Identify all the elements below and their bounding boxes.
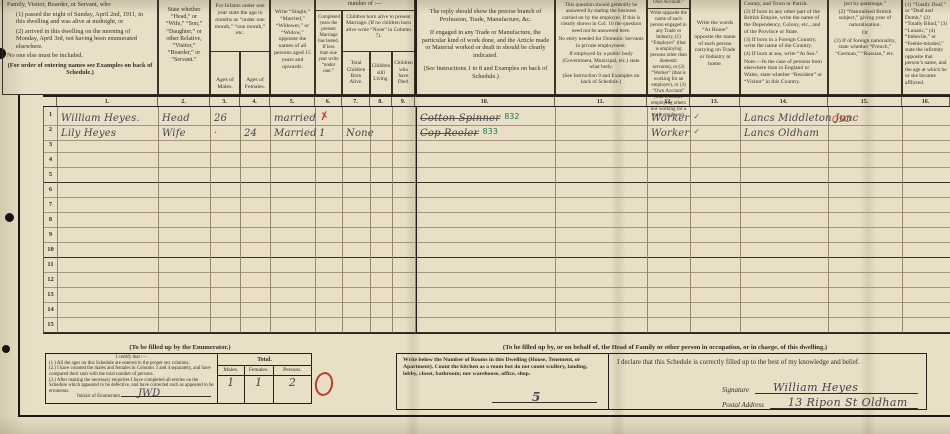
row-number: 5 xyxy=(44,167,58,183)
declaration-panel: I declare that this Schedule is correctl… xyxy=(609,354,926,409)
cell-nationality xyxy=(829,272,903,288)
cell-birthplace xyxy=(741,167,829,183)
cell-children-died xyxy=(393,287,416,303)
cell-age-females xyxy=(241,302,271,318)
row-number: 13 xyxy=(44,287,58,303)
cell-occupation xyxy=(416,182,556,198)
cell-infirmity xyxy=(903,302,950,318)
cell-children-born xyxy=(343,317,371,333)
header-children-note: Children born alive to present Marriage.… xyxy=(342,11,415,52)
rooms-panel: Write below the Number of Rooms in this … xyxy=(397,354,609,409)
cell-children-living xyxy=(371,257,393,273)
header-number-of-strip: number of :— xyxy=(315,0,415,11)
cell-age-females xyxy=(241,317,271,333)
postal-address-label: Postal Address xyxy=(722,401,764,409)
cell-employment xyxy=(648,272,691,288)
cell-children-born xyxy=(343,152,371,168)
table-row: 10 xyxy=(44,242,950,257)
cell-industry xyxy=(556,257,648,273)
males-label: Males. xyxy=(218,366,245,376)
form-bottom-border xyxy=(18,415,950,417)
cell-relationship xyxy=(159,197,211,213)
cell-infirmity xyxy=(903,212,950,228)
cell-employment xyxy=(648,182,691,198)
cell-marital xyxy=(271,302,316,318)
table-row: 13 xyxy=(44,287,950,302)
header-col7-children-born: Total Children Born Alive. xyxy=(342,52,370,95)
cell-industry xyxy=(556,287,648,303)
postal-address-row: Postal Address 13 Ripon St Oldham xyxy=(617,396,918,409)
cell-age-males xyxy=(211,272,241,288)
cell-children-living xyxy=(371,287,393,303)
cell-children-died xyxy=(393,272,416,288)
cell-infirmity xyxy=(903,242,950,258)
cell-birthplace xyxy=(741,302,829,318)
column-number-band: 1.2.3.4.5.6.7.8.9.10.11.12.13.14.15.16. xyxy=(43,95,950,107)
form-left-border xyxy=(18,95,20,417)
cell-occupation xyxy=(416,287,556,303)
cell-name xyxy=(58,182,159,198)
cell-birthplace xyxy=(741,197,829,213)
cell-industry xyxy=(556,152,648,168)
cell-occupation xyxy=(416,317,556,333)
cell-children-died xyxy=(393,242,416,258)
cell-at-home xyxy=(691,212,741,228)
cell-relationship xyxy=(159,212,211,228)
cell-relationship xyxy=(159,137,211,153)
cell-infirmity xyxy=(903,167,950,183)
cell-name xyxy=(58,242,159,258)
header-col5-marital: Write “Single,” “Married,” “Widower,” or… xyxy=(270,0,315,95)
header-col2-relationship: State whether “Head,” or “Wife,” “Son,” … xyxy=(158,0,210,95)
cell-years-married xyxy=(316,182,343,198)
cell-age-males xyxy=(211,167,241,183)
cell-industry xyxy=(556,137,648,153)
cell-children-born xyxy=(343,137,371,153)
household-box: Write below the Number of Rooms in this … xyxy=(396,353,927,410)
header-infants-note: For Infants under one year state the age… xyxy=(210,0,270,52)
cell-children-died xyxy=(393,317,416,333)
cell-years-married xyxy=(316,152,343,168)
postal-address-line: 13 Ripon St Oldham xyxy=(770,396,918,409)
cell-name xyxy=(58,167,159,183)
row-number: 8 xyxy=(44,212,58,228)
signature-label: Signature xyxy=(722,386,749,394)
header-text: (See Instruction 9 and Examples on back … xyxy=(558,73,644,86)
cell-birthplace xyxy=(741,137,829,153)
cell-employment xyxy=(648,152,691,168)
table-row: 1William Heyes.Head26married✗Cotton Spin… xyxy=(44,107,950,122)
cell-marital xyxy=(271,242,316,258)
cell-age-males xyxy=(211,197,241,213)
cell-name xyxy=(58,212,159,228)
column-number: 14. xyxy=(740,97,828,106)
cell-children-living xyxy=(371,182,393,198)
cell-occupation xyxy=(416,257,556,273)
cell-children-died xyxy=(393,302,416,318)
header-col12-employment-status: Write opposite the name of each person e… xyxy=(647,9,690,95)
cell-at-home xyxy=(691,137,741,153)
cell-children-died xyxy=(393,182,416,198)
certify-item: (2.) I have counted the males and female… xyxy=(49,366,214,377)
cell-children-living xyxy=(371,197,393,213)
cell-children-living xyxy=(371,317,393,333)
cell-children-born xyxy=(343,167,371,183)
cell-age-males xyxy=(211,317,241,333)
cell-at-home xyxy=(691,197,741,213)
red-ink-zero-mark xyxy=(313,371,335,398)
table-row: 8 xyxy=(44,212,950,227)
cell-years-married xyxy=(316,242,343,258)
initials-label: Initials of Enumerator xyxy=(77,394,120,399)
cell-industry xyxy=(556,227,648,243)
cell-age-males xyxy=(211,212,241,228)
cell-nationality xyxy=(829,182,903,198)
cell-infirmity xyxy=(903,182,950,198)
initials-line: Initials of Enumerator xyxy=(49,394,214,400)
cell-occupation xyxy=(416,227,556,243)
cell-age-females xyxy=(241,212,271,228)
row-number: 9 xyxy=(44,227,58,243)
cell-relationship xyxy=(159,227,211,243)
cell-nationality xyxy=(829,152,903,168)
cell-industry xyxy=(556,212,648,228)
cell-relationship xyxy=(159,242,211,258)
cell-children-died xyxy=(393,137,416,153)
cell-nationality xyxy=(829,197,903,213)
header-col8-children-living: Children still Living. xyxy=(370,52,392,95)
cell-relationship xyxy=(159,287,211,303)
cell-years-married xyxy=(316,197,343,213)
row-number: 3 xyxy=(44,137,58,153)
cell-children-living xyxy=(371,212,393,228)
header-col11-industry: This question should generally be answer… xyxy=(555,0,647,95)
signature-line: William Heyes xyxy=(755,381,918,394)
persons-label: Persons. xyxy=(274,366,311,376)
cell-at-home xyxy=(691,242,741,258)
cell-name xyxy=(58,152,159,168)
cell-marital xyxy=(271,152,316,168)
cell-employment xyxy=(648,242,691,258)
column-number: 10. xyxy=(415,97,555,106)
cell-name xyxy=(58,257,159,273)
cell-years-married xyxy=(316,257,343,273)
cell-birthplace xyxy=(741,152,829,168)
cell-age-males xyxy=(211,257,241,273)
column-number: 3. xyxy=(210,97,240,106)
header-col10-occupation: The reply should show the precise branch… xyxy=(415,0,555,95)
cell-industry xyxy=(556,242,648,258)
column-number: 2. xyxy=(158,97,210,106)
cell-infirmity xyxy=(903,317,950,333)
cell-employment xyxy=(648,212,691,228)
cell-occupation xyxy=(416,137,556,153)
enumerator-initials-handwriting: JWD xyxy=(138,388,160,400)
cell-years-married xyxy=(316,287,343,303)
table-row: 4 xyxy=(44,152,950,167)
column-number: 6. xyxy=(315,97,342,106)
cell-children-born xyxy=(343,257,371,273)
column-number: 9. xyxy=(392,97,415,106)
cell-nationality xyxy=(829,212,903,228)
cell-occupation xyxy=(416,197,556,213)
cell-age-females xyxy=(241,257,271,273)
postal-address-handwriting: 13 Ripon St Oldham xyxy=(788,396,908,409)
header-text: (1) passed the night of Sunday, April 2n… xyxy=(7,11,153,26)
header-text: This question should generally be answer… xyxy=(558,2,644,34)
header-text: (2) arrived in this dwelling on the morn… xyxy=(7,28,153,51)
cell-infirmity xyxy=(903,137,950,153)
cell-children-living xyxy=(371,167,393,183)
cell-years-married xyxy=(316,272,343,288)
cell-occupation xyxy=(416,212,556,228)
cell-nationality xyxy=(829,242,903,258)
header-text: No entry needed for Domestic Servants in… xyxy=(558,36,644,49)
row-number: 11 xyxy=(44,257,58,273)
cell-years-married xyxy=(316,167,343,183)
cell-years-married xyxy=(316,317,343,333)
household-section-title: (To be filled up by, or on behalf of, th… xyxy=(400,344,930,351)
cell-name xyxy=(58,197,159,213)
cell-age-females xyxy=(241,167,271,183)
header-text: (For order of entering names see Example… xyxy=(7,62,153,77)
cell-infirmity xyxy=(903,152,950,168)
row-number: 10 xyxy=(44,242,58,258)
signature-handwriting: William Heyes xyxy=(773,381,858,394)
cell-children-born xyxy=(343,227,371,243)
row-number: 15 xyxy=(44,317,58,333)
cell-marital xyxy=(271,212,316,228)
cell-children-born xyxy=(343,302,371,318)
cell-relationship xyxy=(159,272,211,288)
cell-employment xyxy=(648,287,691,303)
cell-children-born xyxy=(343,272,371,288)
header-col14-birthplace: County, and Town or Parish. (2) If born … xyxy=(740,0,828,95)
cell-industry xyxy=(556,272,648,288)
initials-rule xyxy=(121,396,211,397)
cell-marital xyxy=(271,182,316,198)
cell-name xyxy=(58,317,159,333)
cell-infirmity xyxy=(903,227,950,243)
cell-name xyxy=(58,287,159,303)
header-text: (3) If born in a Foreign Country, write … xyxy=(744,37,824,50)
females-label: Females. xyxy=(245,366,274,376)
males-total: 1 xyxy=(218,376,245,403)
cell-marital xyxy=(271,287,316,303)
cell-nationality xyxy=(829,287,903,303)
column-number xyxy=(43,97,57,106)
header-text: Or xyxy=(832,30,898,37)
cell-at-home xyxy=(691,227,741,243)
cell-age-females xyxy=(241,197,271,213)
column-number: 7. xyxy=(342,97,370,106)
cell-employment xyxy=(648,257,691,273)
cell-age-females xyxy=(241,272,271,288)
cell-at-home xyxy=(691,272,741,288)
cell-birthplace xyxy=(741,182,829,198)
cell-age-males xyxy=(211,152,241,168)
rooms-rule xyxy=(492,402,597,403)
cell-age-males xyxy=(211,182,241,198)
cell-children-died xyxy=(393,212,416,228)
cell-name xyxy=(58,302,159,318)
cell-marital xyxy=(271,317,316,333)
table-row: 3 xyxy=(44,137,950,152)
schedule-rows: 1William Heyes.Head26married✗Cotton Spin… xyxy=(43,107,950,334)
cell-marital xyxy=(271,227,316,243)
cell-age-males xyxy=(211,302,241,318)
header-text: Family, Visitor, Boarder, or Servant, wh… xyxy=(7,1,153,9)
cell-at-home xyxy=(691,257,741,273)
cell-infirmity xyxy=(903,272,950,288)
row-number: 14 xyxy=(44,302,58,318)
cell-relationship xyxy=(159,317,211,333)
cell-age-males xyxy=(211,242,241,258)
header-text: (4) If born at sea, write “At Sea.” xyxy=(744,51,824,58)
cell-at-home xyxy=(691,317,741,333)
table-row: 5 xyxy=(44,167,950,182)
totals-header: Total. xyxy=(218,354,311,366)
cell-marital xyxy=(271,257,316,273)
header-text: If engaged in any Trade or Manufacture, … xyxy=(419,29,552,59)
cell-age-females xyxy=(241,182,271,198)
cell-nationality xyxy=(829,257,903,273)
punch-hole xyxy=(2,345,10,353)
cell-employment xyxy=(648,197,691,213)
cell-nationality xyxy=(829,227,903,243)
enumerator-certification: I certify that :— (1.) All the ages on t… xyxy=(46,354,218,403)
enumerator-box: I certify that :— (1.) All the ages on t… xyxy=(45,353,312,404)
cell-birthplace xyxy=(741,272,829,288)
cell-name xyxy=(58,227,159,243)
totals-table: Total. Males. Females. Persons. 1 1 2 xyxy=(218,354,311,403)
persons-total: 2 xyxy=(274,376,311,403)
cell-years-married xyxy=(316,137,343,153)
cell-age-females xyxy=(241,287,271,303)
header-text: (2) “Naturalised British subject,” givin… xyxy=(832,9,898,29)
cell-nationality xyxy=(829,167,903,183)
certify-item: (3.) After making the necessary enquirie… xyxy=(49,378,214,395)
cell-children-living xyxy=(371,152,393,168)
column-number: 11. xyxy=(555,97,647,106)
header-text: (See Instructions 1 to 8 and Examples on… xyxy=(419,65,552,80)
cell-nationality xyxy=(829,137,903,153)
totals-labels: Males. Females. Persons. xyxy=(218,366,311,376)
cell-industry xyxy=(556,317,648,333)
header-col6-years-married: Completed years the present Marriage has… xyxy=(315,11,342,95)
column-number: 8. xyxy=(370,97,392,106)
cell-years-married xyxy=(316,212,343,228)
cell-at-home xyxy=(691,287,741,303)
cell-occupation xyxy=(416,152,556,168)
header-col3-ages-males: Ages of Males. xyxy=(210,52,240,95)
cell-birthplace xyxy=(741,242,829,258)
females-total: 1 xyxy=(245,376,274,403)
cell-children-died xyxy=(393,167,416,183)
column-number: 5. xyxy=(270,97,315,106)
cell-infirmity xyxy=(903,197,950,213)
census-schedule-1911: Family, Visitor, Boarder, or Servant, wh… xyxy=(0,0,950,434)
cell-birthplace xyxy=(741,257,829,273)
cell-children-living xyxy=(371,302,393,318)
cell-children-living xyxy=(371,242,393,258)
row-number: 6 xyxy=(44,182,58,198)
punch-hole xyxy=(5,213,14,222)
cell-children-died xyxy=(393,257,416,273)
cell-industry xyxy=(556,167,648,183)
cell-infirmity xyxy=(903,257,950,273)
rooms-count-handwriting: 5 xyxy=(532,390,540,405)
cell-relationship xyxy=(159,257,211,273)
cell-employment xyxy=(648,167,691,183)
cell-children-died xyxy=(393,197,416,213)
table-row: 7 xyxy=(44,197,950,212)
header-text: (3) If of foreign nationality, state whe… xyxy=(832,38,898,58)
rooms-note: Write below the Number of Rooms in this … xyxy=(403,357,587,377)
cell-children-born xyxy=(343,197,371,213)
cell-marital xyxy=(271,272,316,288)
cell-birthplace xyxy=(741,287,829,303)
column-number: 4. xyxy=(240,97,270,106)
cell-birthplace xyxy=(741,317,829,333)
cell-employment xyxy=(648,227,691,243)
cell-age-females xyxy=(241,137,271,153)
cell-employment xyxy=(648,302,691,318)
header-col16-infirmity: (1) “Totally Deaf,” or “Deaf and Dumb,” … xyxy=(902,0,950,95)
cell-marital xyxy=(271,197,316,213)
row-number: 7 xyxy=(44,197,58,213)
column-number: 15. xyxy=(828,97,902,106)
header-text: If employed by a public body (Government… xyxy=(558,51,644,70)
header-text: ject by parentage,” xyxy=(832,1,898,8)
column-number: 1. xyxy=(57,97,158,106)
cell-nationality xyxy=(829,302,903,318)
column-number: 16. xyxy=(902,97,950,106)
cell-children-born xyxy=(343,212,371,228)
cell-occupation xyxy=(416,302,556,318)
cell-children-living xyxy=(371,272,393,288)
declaration-text: I declare that this Schedule is correctl… xyxy=(617,359,860,366)
cell-name xyxy=(58,272,159,288)
header-col1-who-to-include: Family, Visitor, Boarder, or Servant, wh… xyxy=(2,0,158,95)
cell-age-females xyxy=(241,227,271,243)
column-number: 13. xyxy=(690,97,740,106)
table-row: 15 xyxy=(44,317,950,332)
green-occupation-code: 833 xyxy=(483,127,498,136)
cell-industry xyxy=(556,197,648,213)
cell-children-born xyxy=(343,287,371,303)
cell-occupation xyxy=(416,272,556,288)
cell-relationship xyxy=(159,182,211,198)
cell-at-home xyxy=(691,152,741,168)
header-text: County, and Town or Parish. xyxy=(744,1,824,8)
cell-nationality xyxy=(829,317,903,333)
cell-age-males xyxy=(211,287,241,303)
table-row: 6 xyxy=(44,182,950,197)
cell-years-married xyxy=(316,302,343,318)
column-number: 12. xyxy=(647,97,690,106)
table-row: 14 xyxy=(44,302,950,317)
cell-relationship xyxy=(159,167,211,183)
totals-values: 1 1 2 xyxy=(218,376,311,403)
header-text: No one else must be included. xyxy=(7,52,153,60)
cell-at-home xyxy=(691,302,741,318)
table-row: 2Lily HeyesWife·24Married1NoneCop Reeler… xyxy=(44,122,950,137)
header-text: The reply should show the precise branch… xyxy=(419,8,552,23)
signature-row: Signature William Heyes xyxy=(617,381,918,394)
cell-name xyxy=(58,137,159,153)
cell-birthplace xyxy=(741,212,829,228)
